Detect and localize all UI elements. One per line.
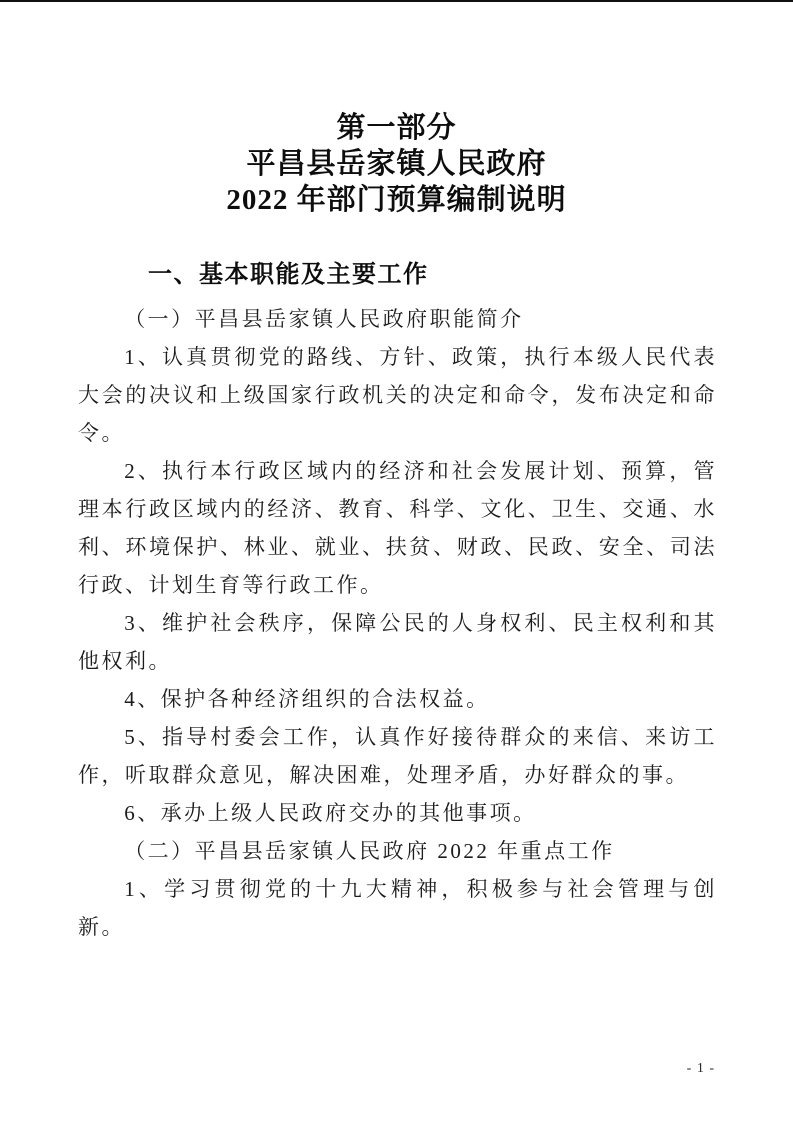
paragraph-subheading-2: （二）平昌县岳家镇人民政府 2022 年重点工作 [78,832,717,870]
paragraph-item-3: 3、维护社会秩序，保障公民的人身权利、民主权利和其他权利。 [78,604,717,680]
paragraph-item-6: 6、承办上级人民政府交办的其他事项。 [78,794,717,832]
document-page: 第一部分 平昌县岳家镇人民政府 2022 年部门预算编制说明 一、基本职能及主要… [0,0,793,1121]
paragraph-item-1: 1、认真贯彻党的路线、方针、政策，执行本级人民代表大会的决议和上级国家行政机关的… [78,338,717,452]
document-title: 第一部分 平昌县岳家镇人民政府 2022 年部门预算编制说明 [0,110,793,218]
paragraph-item-7: 1、学习贯彻党的十九大精神，积极参与社会管理与创新。 [78,870,717,946]
page-top-rule [0,0,793,2]
section-heading: 一、基本职能及主要工作 [0,258,793,292]
paragraph-item-5: 5、指导村委会工作，认真作好接待群众的来信、来访工作，听取群众意见，解决困难，处… [78,718,717,794]
page-number: - 1 - [687,1061,715,1077]
document-body: （一）平昌县岳家镇人民政府职能简介 1、认真贯彻党的路线、方针、政策，执行本级人… [0,300,793,946]
paragraph-item-4: 4、保护各种经济组织的合法权益。 [78,680,717,718]
title-line-part: 第一部分 [0,110,793,146]
paragraph-subheading-1: （一）平昌县岳家镇人民政府职能简介 [78,300,717,338]
title-line-subject: 2022 年部门预算编制说明 [0,182,793,218]
title-line-agency: 平昌县岳家镇人民政府 [0,146,793,182]
paragraph-item-2: 2、执行本行政区域内的经济和社会发展计划、预算，管理本行政区域内的经济、教育、科… [78,452,717,604]
